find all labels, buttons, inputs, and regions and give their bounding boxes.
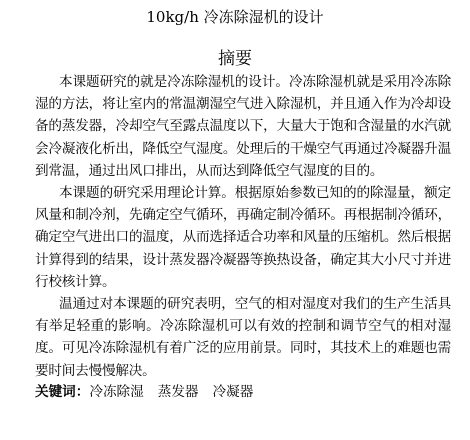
keywords-label: 关键词： — [35, 384, 89, 400]
keywords-line: 关键词：冷冻除湿蒸发器冷凝器 — [35, 382, 267, 402]
keyword: 冷凝器 — [213, 384, 254, 400]
abstract-paragraph-2: 本课题的研究采用理论计算。根据原始参数已知的的除湿量，额定风量和制冷剂，先确定空… — [35, 182, 451, 293]
document-title: 10kg/h 冷冻除湿机的设计 — [0, 7, 470, 27]
abstract-heading: 摘要 — [0, 47, 470, 71]
abstract-paragraph-1: 本课题研究的就是冷冻除湿机的设计。冷冻除湿机就是采用冷冻除湿的方法，将让室内的常… — [35, 71, 451, 182]
abstract-body: 本课题研究的就是冷冻除湿机的设计。冷冻除湿机就是采用冷冻除湿的方法，将让室内的常… — [35, 71, 451, 382]
keyword: 冷冻除湿 — [89, 384, 143, 400]
keyword: 蒸发器 — [158, 384, 199, 400]
abstract-paragraph-3: 温通过对本课题的研究表明，空气的相对湿度对我们的生产生活具有举足轻重的影响。冷冻… — [35, 293, 451, 382]
